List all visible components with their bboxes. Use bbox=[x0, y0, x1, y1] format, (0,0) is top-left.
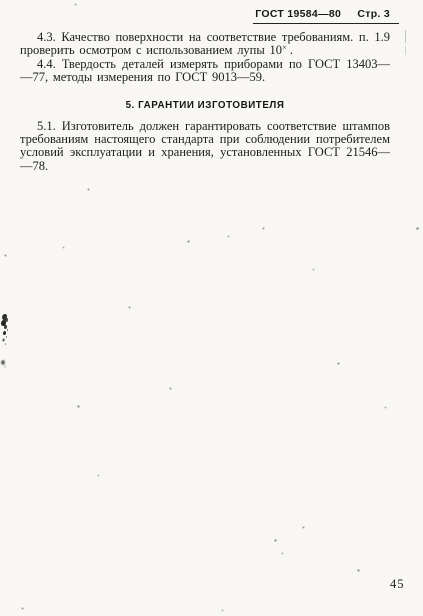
clause-5-1-line-4: —78. bbox=[20, 160, 390, 173]
document-body: 4.3. Качество поверхности на соответстви… bbox=[20, 31, 390, 173]
scan-edge-mark-2 bbox=[405, 46, 406, 55]
clause-5-1-line-3: условий эксплуатации и хранения, установ… bbox=[20, 146, 390, 159]
clause-4-3-line-2-text: проверить осмотром с использованием лупы… bbox=[20, 43, 282, 57]
ink-smudge-artifact bbox=[2, 314, 7, 320]
ink-speck-artifact bbox=[1, 360, 5, 365]
header-page-label: Стр. 3 bbox=[357, 8, 390, 20]
running-header: ГОСТ 19584—80 Стр. 3 bbox=[253, 9, 399, 24]
scan-edge-mark bbox=[405, 30, 406, 43]
document-page: ГОСТ 19584—80 Стр. 3 4.3. Качество повер… bbox=[0, 0, 423, 616]
clause-5-1-line-2: требованиям настоящего стандарта при соб… bbox=[20, 133, 390, 146]
scan-specks bbox=[0, 0, 1, 1]
section-5-heading: 5. ГАРАНТИИ ИЗГОТОВИТЕЛЯ bbox=[20, 100, 390, 111]
clause-5-1-line-1: 5.1. Изготовитель должен гарантировать с… bbox=[20, 120, 390, 133]
magnification-superscript: × bbox=[282, 42, 287, 52]
clause-4-3-period: . bbox=[290, 43, 293, 57]
clause-4-4-line-2: —77, методы измерения по ГОСТ 9013—59. bbox=[20, 71, 390, 84]
doc-code: ГОСТ 19584—80 bbox=[255, 8, 341, 20]
clause-4-4-line-1: 4.4. Твердость деталей измерять приборам… bbox=[20, 58, 390, 71]
page-number: 45 bbox=[390, 577, 405, 592]
clause-4-3-line-2: проверить осмотром с использованием лупы… bbox=[20, 44, 390, 57]
